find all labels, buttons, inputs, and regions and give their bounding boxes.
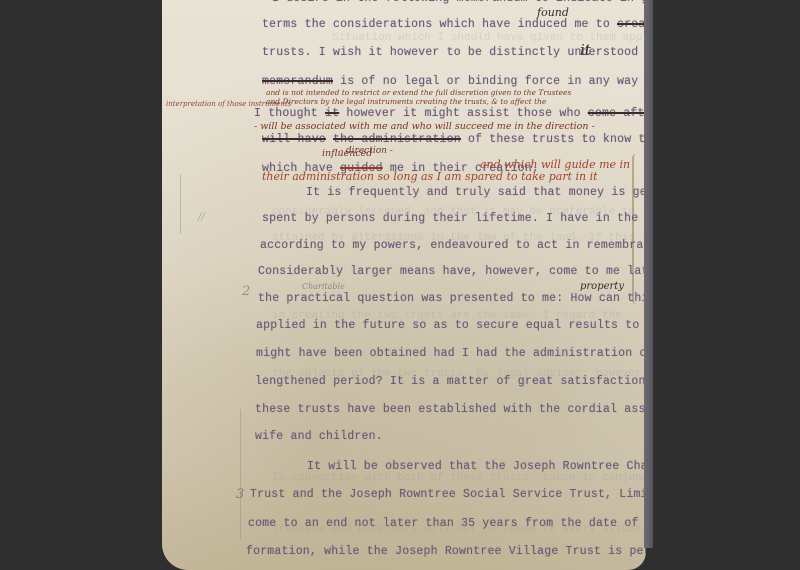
- typed-line: It will be observed that the Joseph Rown…: [307, 460, 646, 473]
- typed-line: Trust and the Joseph Rowntree Social Ser…: [250, 488, 646, 501]
- typed-line: wife and children.: [255, 430, 383, 443]
- struck-word: create: [617, 18, 646, 31]
- handwritten-insertion: and is not intended to restrict or exten…: [266, 88, 571, 97]
- page-tear: [632, 154, 642, 304]
- handwritten-insertion: - will be associated with me and who wil…: [254, 121, 595, 132]
- typed-line: the practical question was presented to …: [258, 292, 646, 305]
- handwritten-insertion: Charitable: [302, 282, 345, 291]
- margin-rule: [240, 409, 241, 539]
- typed-line: will have the administration of these tr…: [262, 133, 646, 146]
- handwritten-insertion: their administration so long as I am spa…: [262, 170, 598, 183]
- typed-line: according to my powers, endeavoured to a…: [260, 239, 646, 252]
- typed-line: these trusts have been established with …: [255, 403, 646, 416]
- handwritten-insertion: it: [580, 41, 591, 59]
- document-page: Situation which I should have given to t…: [162, 0, 646, 570]
- handwritten-insertion: property: [580, 281, 624, 292]
- typed-line: Considerably larger means have, however,…: [258, 265, 646, 278]
- typed-line: come to an end not later than 35 years f…: [248, 517, 646, 530]
- fold-mark: [180, 174, 181, 234]
- typed-line: spent by persons during their lifetime. …: [262, 212, 646, 225]
- typed-line: It is frequently and truly said that mon…: [306, 186, 646, 199]
- typed-line: formation, while the Joseph Rowntree Vil…: [246, 545, 646, 558]
- margin-number: 3: [236, 487, 244, 502]
- typed-line: might have been obtained had I had the a…: [256, 347, 646, 360]
- handwritten-insertion: found: [537, 6, 569, 19]
- margin-mark: //: [198, 212, 205, 223]
- typed-line: lengthened period? It is a matter of gre…: [255, 375, 646, 388]
- typed-line: applied in the future so as to secure eq…: [256, 319, 646, 332]
- page-edge-shadow: [644, 0, 653, 548]
- typed-line: I thought it however it might assist tho…: [254, 107, 646, 120]
- typed-line: I desire in the following memorandum to …: [272, 0, 646, 5]
- typed-line: terms the considerations which have indu…: [262, 18, 646, 31]
- typed-line: memorandum is of no legal or binding for…: [262, 75, 646, 88]
- bleed-through-text: Situation which I should have given to t…: [332, 32, 646, 44]
- handwritten-insertion: influenced: [322, 148, 372, 159]
- margin-number: 2: [242, 284, 250, 299]
- bleed-through-text: In connection with both of these trusts,…: [272, 472, 646, 484]
- handwritten-insertion: and Directors by the legal instruments c…: [266, 97, 546, 106]
